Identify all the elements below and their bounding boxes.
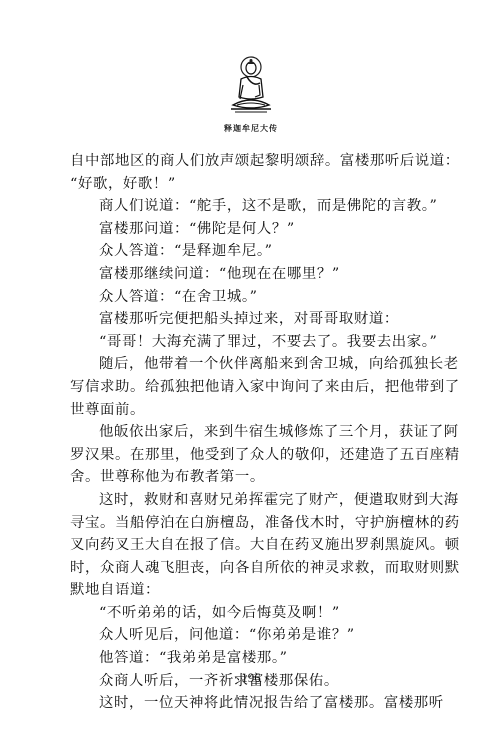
text-line: 众人答道：“是释迦牟尼。” xyxy=(70,240,432,263)
text-line: 罗汉果。在那里，他受到了众人的敬仰，还建造了五百座精 xyxy=(70,444,432,467)
text-line: 寻宝。当船停泊在白旃檀岛，准备伐木时，守护旃檀林的药 xyxy=(70,512,432,535)
text-line: 这时，救财和喜财兄弟挥霍完了财产，便遣取财到大海 xyxy=(70,489,432,512)
text-line: 写信求助。给孤独把他请入家中询问了来由后，把他带到了 xyxy=(70,376,432,399)
text-line: “不听弟弟的话，如今后悔莫及啊！” xyxy=(70,602,432,625)
text-line: 富楼那听完便把船头掉过来，对哥哥取财道： xyxy=(70,308,432,331)
text-line: 这时，一位天神将此情况报告给了富楼那。富楼那听 xyxy=(70,692,432,715)
text-line: 舍。世尊称他为布教者第一。 xyxy=(70,466,432,489)
text-line: “哥哥！大海充满了罪过，不要去了。我要去出家。” xyxy=(70,331,432,354)
page-header: 释迦牟尼大传 xyxy=(0,55,502,134)
text-line: 商人们说道：“舵手，这不是歌，而是佛陀的言教。” xyxy=(70,195,432,218)
running-head-title: 释迦牟尼大传 xyxy=(224,123,278,134)
text-line: 叉向药叉王大自在报了信。大自在药叉施出罗刹黑旋风。顿 xyxy=(70,534,432,557)
body-text: 自中部地区的商人们放声颂起黎明颂辞。富楼那听后说道：“好歌，好歌！”商人们说道：… xyxy=(70,150,432,715)
seated-buddha-icon xyxy=(227,55,275,117)
text-line: 富楼那问道：“佛陀是何人？” xyxy=(70,218,432,241)
text-line: 随后，他带着一个伙伴离船来到舍卫城，向给孤独长老 xyxy=(70,353,432,376)
text-line: 世尊面前。 xyxy=(70,399,432,422)
text-line: 默地自语道： xyxy=(70,579,432,602)
text-line: 他皈依出家后，来到牛宿生城修炼了三个月，获证了阿 xyxy=(70,421,432,444)
text-line: 时，众商人魂飞胆丧，向各自所依的神灵求救，而取财则默 xyxy=(70,557,432,580)
text-line: 他答道：“我弟弟是富楼那。” xyxy=(70,647,432,670)
text-line: 富楼那继续问道：“他现在在哪里？” xyxy=(70,263,432,286)
text-line: 众人听见后，问他道：“你弟弟是谁？” xyxy=(70,624,432,647)
text-line: 自中部地区的商人们放声颂起黎明颂辞。富楼那听后说道： xyxy=(70,150,432,173)
text-line: “好歌，好歌！” xyxy=(70,173,432,196)
page-number: · 196 · xyxy=(0,670,502,686)
text-line: 众人答道：“在舍卫城。” xyxy=(70,286,432,309)
